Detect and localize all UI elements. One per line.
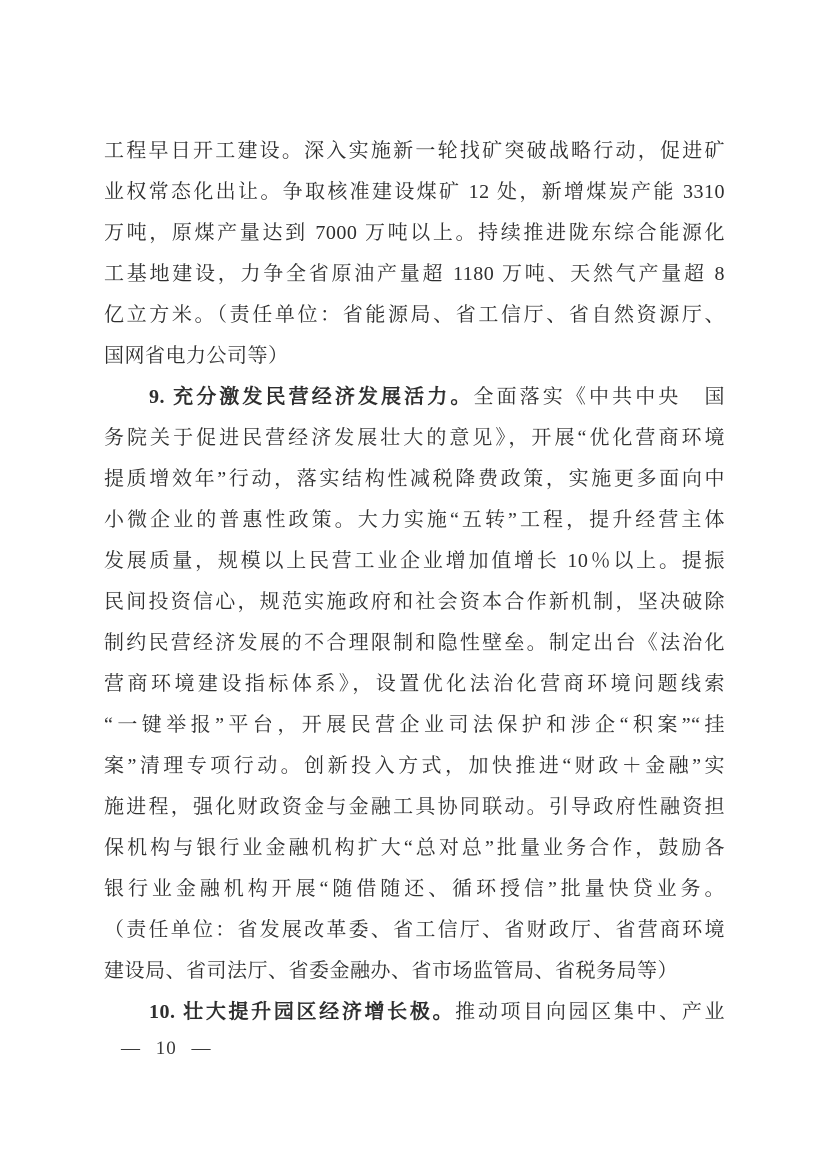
text-line: 务院关于促进民营经济发展壮大的意见》，开展“优化营商环境 [104,418,725,459]
text-line: 施进程，强化财政资金与金融工具协同联动。引导政府性融资担 [104,787,725,828]
paragraph: 9. 充分激发民营经济发展活力。全面落实《中共中央 国务院关于促进民营经济发展壮… [104,377,725,992]
section-heading: 10. 壮大提升园区经济增长极。 [149,1001,455,1023]
text-line: 业权常态化出让。争取核准建设煤矿 12 处，新增煤炭产能 3310 [104,172,725,213]
document-page: 工程早日开工建设。深入实施新一轮找矿突破战略行动，促进矿业权常态化出让。争取核准… [0,0,827,1169]
text-line: 案”清理专项行动。创新投入方式，加快推进“财政＋金融”实 [104,746,725,787]
text-line: “一键举报”平台，开展民营企业司法保护和涉企“积案”“挂 [104,705,725,746]
text-segment: 务院关于促进民营经济发展壮大的意见》，开展“优化营商环境 [104,427,725,449]
text-line: 小微企业的普惠性政策。大力实施“五转”工程，提升经营主体 [104,500,725,541]
page-footer: — 10 — [121,1037,212,1061]
text-segment: 案”清理专项行动。创新投入方式，加快推进“财政＋金融”实 [104,755,725,777]
text-line: 万吨，原煤产量达到 7000 万吨以上。持续推进陇东综合能源化 [104,213,725,254]
text-segment: 银行业金融机构开展“随借随还、循环授信”批量快贷业务。 [104,878,725,900]
text-segment: 亿立方米。（责任单位：省能源局、省工信厅、省自然资源厅、 [104,304,725,326]
text-line: 银行业金融机构开展“随借随还、循环授信”批量快贷业务。 [104,869,725,910]
text-line: 工程早日开工建设。深入实施新一轮找矿突破战略行动，促进矿 [104,131,725,172]
text-segment: 万吨，原煤产量达到 7000 万吨以上。持续推进陇东综合能源化 [104,222,725,244]
text-segment: 营商环境建设指标体系》，设置优化法治化营商环境问题线索 [104,673,725,695]
text-segment: 制约民营经济发展的不合理限制和隐性壁垒。制定出台《法治化 [104,632,725,654]
text-segment: （责任单位：省发展改革委、省工信厅、省财政厅、省营商环境 [104,919,725,941]
text-line: 9. 充分激发民营经济发展活力。全面落实《中共中央 国 [104,377,725,418]
text-line: 制约民营经济发展的不合理限制和隐性壁垒。制定出台《法治化 [104,623,725,664]
text-segment: 工程早日开工建设。深入实施新一轮找矿突破战略行动，促进矿 [104,140,725,162]
text-segment: 民间投资信心，规范实施政府和社会资本合作新机制，坚决破除 [104,591,725,613]
text-segment: 业权常态化出让。争取核准建设煤矿 12 处，新增煤炭产能 3310 [104,181,725,203]
text-segment: 建设局、省司法厅、省委金融办、省市场监管局、省税务局等） [104,960,678,982]
text-line: 保机构与银行业金融机构扩大“总对总”批量业务合作，鼓励各 [104,828,725,869]
text-segment: 小微企业的普惠性政策。大力实施“五转”工程，提升经营主体 [104,509,725,531]
document-body: 工程早日开工建设。深入实施新一轮找矿突破战略行动，促进矿业权常态化出让。争取核准… [104,131,725,1033]
text-segment: 发展质量，规模以上民营工业企业增加值增长 10％以上。提振 [104,550,725,572]
text-line: 建设局、省司法厅、省委金融办、省市场监管局、省税务局等） [104,951,725,992]
text-line: （责任单位：省发展改革委、省工信厅、省财政厅、省营商环境 [104,910,725,951]
paragraph: 10. 壮大提升园区经济增长极。推动项目向园区集中、产业 [104,992,725,1033]
text-line: 民间投资信心，规范实施政府和社会资本合作新机制，坚决破除 [104,582,725,623]
text-segment: 推动项目向园区集中、产业 [455,1001,725,1023]
section-heading: 9. 充分激发民营经济发展活力。 [149,386,473,408]
text-segment: 提质增效年”行动，落实结构性减税降费政策，实施更多面向中 [104,468,725,490]
text-segment: 国网省电力公司等） [104,345,289,367]
page-number: — 10 — [121,1038,212,1059]
text-line: 发展质量，规模以上民营工业企业增加值增长 10％以上。提振 [104,541,725,582]
text-segment: 施进程，强化财政资金与金融工具协同联动。引导政府性融资担 [104,796,725,818]
text-segment: 保机构与银行业金融机构扩大“总对总”批量业务合作，鼓励各 [104,837,725,859]
text-line: 提质增效年”行动，落实结构性减税降费政策，实施更多面向中 [104,459,725,500]
text-line: 国网省电力公司等） [104,336,725,377]
text-line: 工基地建设，力争全省原油产量超 1180 万吨、天然气产量超 8 [104,254,725,295]
text-line: 10. 壮大提升园区经济增长极。推动项目向园区集中、产业 [104,992,725,1033]
text-segment: 全面落实《中共中央 国 [473,386,725,408]
paragraph: 工程早日开工建设。深入实施新一轮找矿突破战略行动，促进矿业权常态化出让。争取核准… [104,131,725,377]
text-line: 营商环境建设指标体系》，设置优化法治化营商环境问题线索 [104,664,725,705]
text-segment: 工基地建设，力争全省原油产量超 1180 万吨、天然气产量超 8 [104,263,725,285]
text-line: 亿立方米。（责任单位：省能源局、省工信厅、省自然资源厅、 [104,295,725,336]
text-segment: “一键举报”平台，开展民营企业司法保护和涉企“积案”“挂 [104,714,725,736]
